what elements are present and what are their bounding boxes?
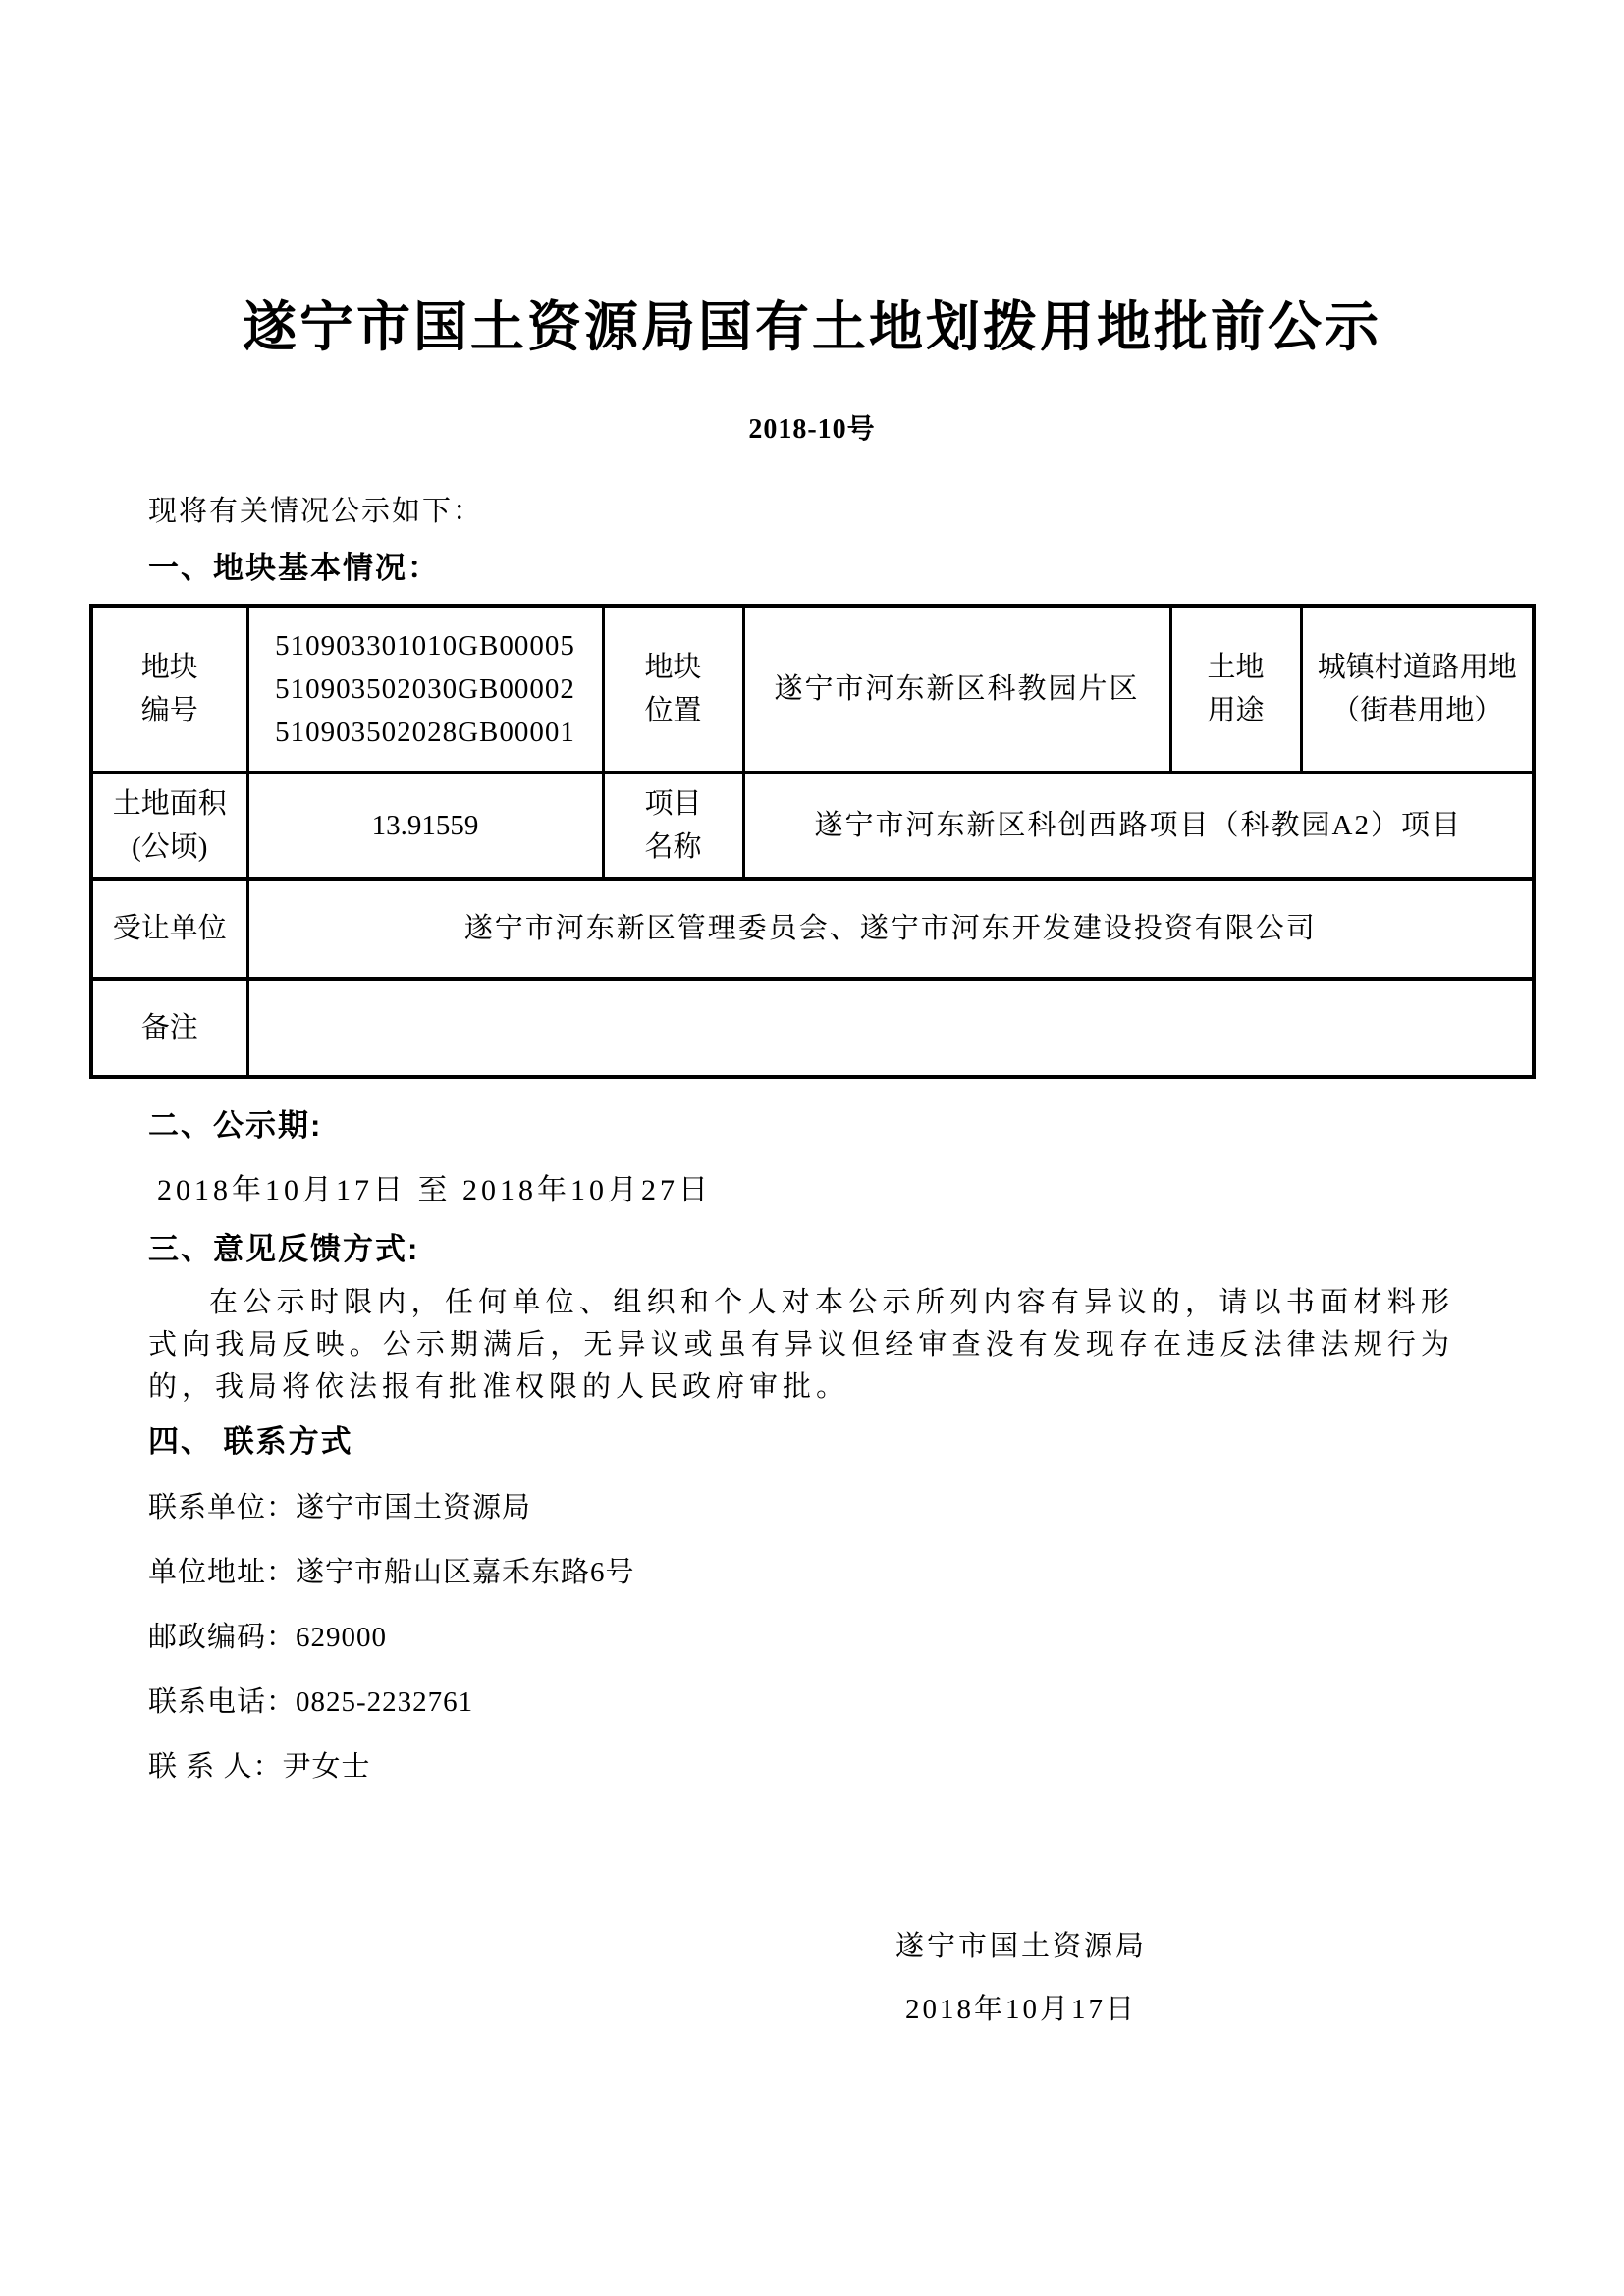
section-heading-basic-info: 一、地块基本情况： bbox=[148, 550, 440, 587]
contact-phone-line: 联系电话：0825-2232761 bbox=[148, 1682, 473, 1722]
contact-postcode-line: 邮政编码：629000 bbox=[148, 1618, 387, 1657]
intro-line: 现将有关情况公示如下： bbox=[148, 492, 483, 531]
publicity-period: 2018年10月17日 至 2018年10月27日 bbox=[157, 1171, 712, 1210]
table-row-area-project: 土地面积 (公顷) 13.91559 项目 名称 遂宁市河东新区科创西路项目（科… bbox=[91, 773, 1534, 879]
page-title: 遂宁市国土资源局国有土地划拨用地批前公示 bbox=[0, 297, 1624, 358]
plot-location-value: 遂宁市河东新区科教园片区 bbox=[743, 606, 1170, 773]
land-area-value: 13.91559 bbox=[247, 773, 603, 879]
contact-unit-line: 联系单位：遂宁市国土资源局 bbox=[148, 1488, 531, 1527]
transferee-label: 受让单位 bbox=[91, 879, 247, 979]
plot-number-label: 地块 编号 bbox=[91, 606, 247, 773]
land-use-value: 城镇村道路用地 （街巷用地） bbox=[1301, 606, 1534, 773]
section-heading-publicity-period: 二、公示期: bbox=[148, 1107, 322, 1145]
table-row-remarks: 备注 bbox=[91, 979, 1534, 1077]
project-name-value: 遂宁市河东新区科创西路项目（科教园A2）项目 bbox=[743, 773, 1534, 879]
feedback-paragraph: 在公示时限内，任何单位、组织和个人对本公示所列内容有异议的，请以书面材料形式向我… bbox=[148, 1282, 1454, 1409]
signature-organization: 遂宁市国土资源局 bbox=[785, 1928, 1257, 1965]
plot-location-label: 地块 位置 bbox=[603, 606, 743, 773]
section-heading-feedback: 三、意见反馈方式: bbox=[148, 1231, 419, 1268]
signature-date: 2018年10月17日 bbox=[785, 1991, 1257, 2028]
table-row-transferee: 受让单位 遂宁市河东新区管理委员会、遂宁市河东开发建设投资有限公司 bbox=[91, 879, 1534, 979]
table-row-plot-number: 地块 编号 510903301010GB00005 510903502030GB… bbox=[91, 606, 1534, 773]
plot-info-table: 地块 编号 510903301010GB00005 510903502030GB… bbox=[89, 604, 1536, 1079]
project-name-label: 项目 名称 bbox=[603, 773, 743, 879]
document-page: 遂宁市国土资源局国有土地划拨用地批前公示 2018-10号 现将有关情况公示如下… bbox=[0, 0, 1624, 2296]
remarks-label: 备注 bbox=[91, 979, 247, 1077]
section-heading-contact: 四、 联系方式 bbox=[148, 1423, 353, 1461]
transferee-value: 遂宁市河东新区管理委员会、遂宁市河东开发建设投资有限公司 bbox=[247, 879, 1534, 979]
contact-address-line: 单位地址：遂宁市船山区嘉禾东路6号 bbox=[148, 1553, 635, 1592]
doc-number: 2018-10号 bbox=[0, 413, 1624, 447]
plot-number-value: 510903301010GB00005 510903502030GB00002 … bbox=[247, 606, 603, 773]
land-area-label: 土地面积 (公顷) bbox=[91, 773, 247, 879]
land-use-label: 土地 用途 bbox=[1170, 606, 1301, 773]
remarks-value bbox=[247, 979, 1534, 1077]
contact-person-line: 联 系 人：尹女士 bbox=[148, 1747, 371, 1787]
